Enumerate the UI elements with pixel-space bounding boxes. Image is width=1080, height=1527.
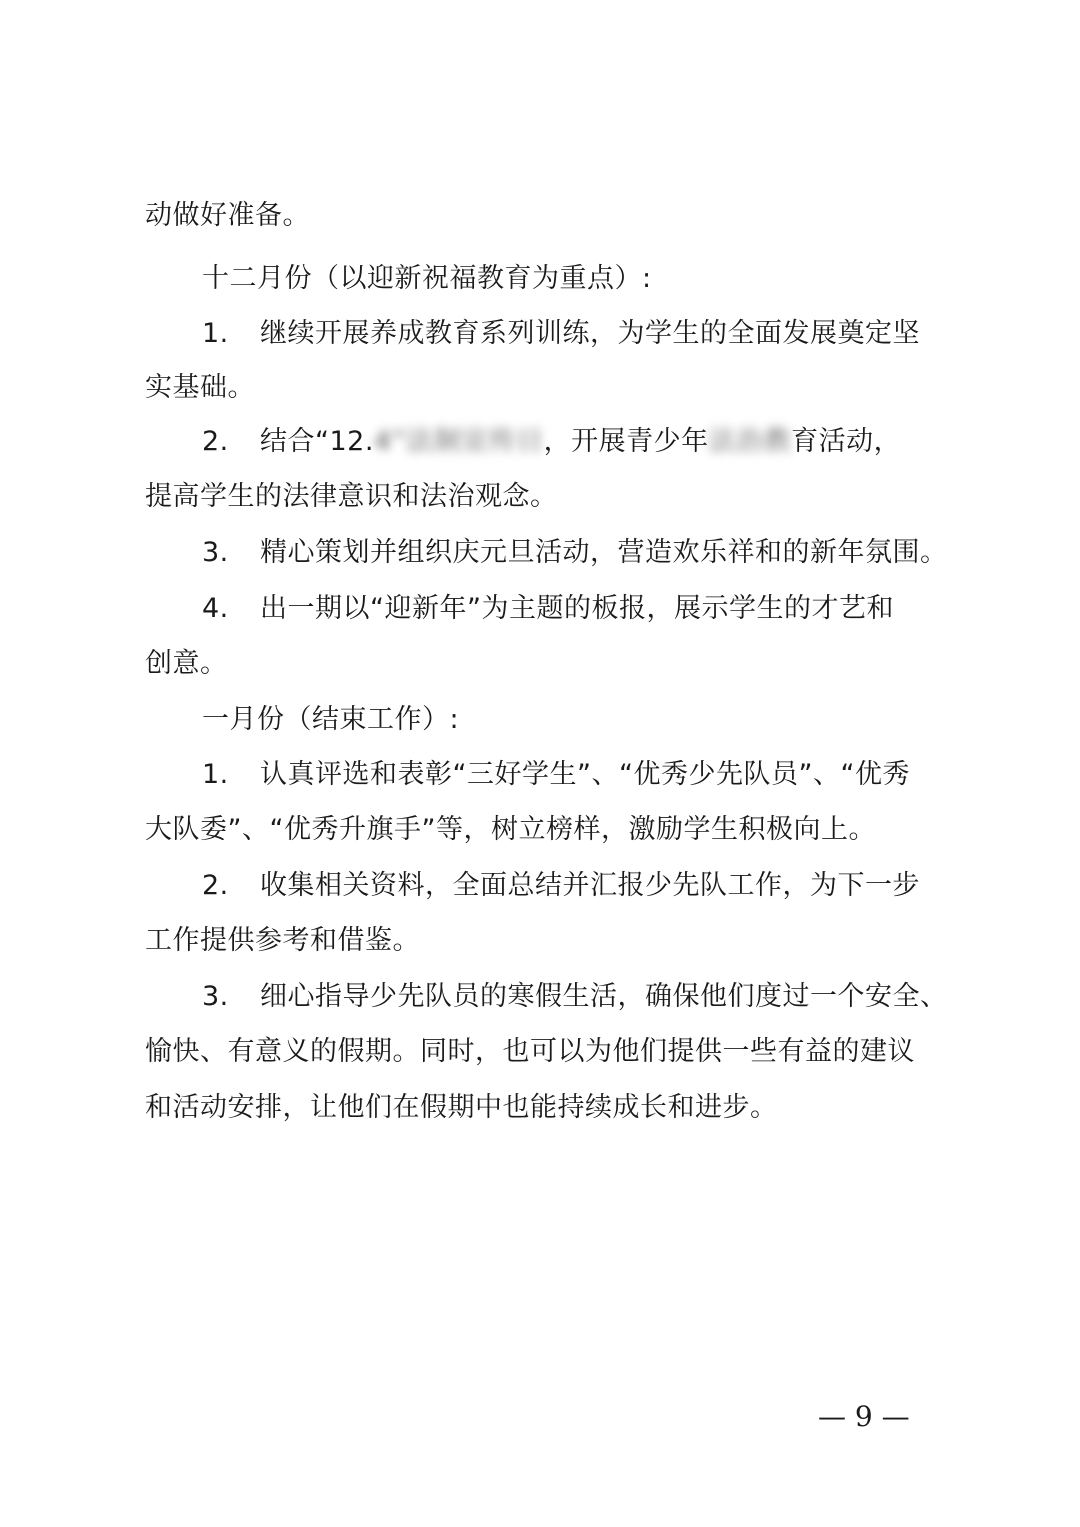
- line-text: 创意。: [145, 648, 228, 679]
- heading-text: 十二月份（以迎新祝福教育为重点）:: [202, 263, 652, 294]
- paragraph-line: 愉快、有意义的假期。同时，也可以为他们提供一些有益的建议: [145, 1032, 915, 1072]
- list-item-dec-3: 3.精心策划并组织庆元旦活动，营造欢乐祥和的新年氛围。: [202, 533, 948, 573]
- paragraph-line: 工作提供参考和借鉴。: [145, 921, 420, 961]
- list-item-dec-2: 2.结合“12.4”法制宣传日，开展青少年法治教育活动，: [202, 422, 901, 462]
- line-text: 精心策划并组织庆元旦活动，营造欢乐祥和的新年氛围。: [260, 537, 948, 568]
- page-number: — 9 —: [818, 1400, 910, 1433]
- line-text: 出一期以“迎新年”为主题的板报，展示学生的才艺和: [260, 593, 894, 624]
- list-number: 1.: [202, 755, 260, 795]
- list-number: 1.: [202, 314, 260, 354]
- list-number: 3.: [202, 533, 260, 573]
- list-number: 2.: [202, 422, 260, 462]
- list-number: 2.: [202, 866, 260, 906]
- line-text: 提高学生的法律意识和法治观念。: [145, 481, 558, 512]
- paragraph-line: 大队委”、“优秀升旗手”等，树立榜样，激励学生积极向上。: [145, 810, 876, 850]
- list-item-dec-1: 1.继续开展养成教育系列训练，为学生的全面发展奠定坚: [202, 314, 920, 354]
- line-text: 和活动安排，让他们在假期中也能持续成长和进步。: [145, 1092, 778, 1123]
- line-text: ，开展青少年: [544, 426, 709, 457]
- line-text: 育活动，: [791, 426, 901, 457]
- line-text: 收集相关资料，全面总结并汇报少先队工作，为下一步: [260, 870, 920, 901]
- line-text: 动做好准备。: [145, 200, 310, 231]
- list-item-jan-1: 1.认真评选和表彰“三好学生”、“优秀少先队员”、“优秀: [202, 755, 910, 795]
- line-text: 细心指导少先队员的寒假生活，确保他们度过一个安全、: [260, 981, 948, 1012]
- list-item-jan-3: 3.细心指导少先队员的寒假生活，确保他们度过一个安全、: [202, 977, 948, 1017]
- paragraph-line: 创意。: [145, 644, 228, 684]
- list-item-dec-4: 4.出一期以“迎新年”为主题的板报，展示学生的才艺和: [202, 589, 894, 629]
- line-text: 结合“12.: [260, 426, 374, 457]
- list-number: 4.: [202, 589, 260, 629]
- document-page: 动做好准备。 十二月份（以迎新祝福教育为重点）: 1.继续开展养成教育系列训练，…: [0, 0, 1080, 1527]
- line-text: 认真评选和表彰“三好学生”、“优秀少先队员”、“优秀: [260, 759, 910, 790]
- paragraph-line: 和活动安排，让他们在假期中也能持续成长和进步。: [145, 1088, 778, 1128]
- paragraph-line: 实基础。: [145, 368, 255, 408]
- list-number: 3.: [202, 977, 260, 1017]
- paragraph-line: 动做好准备。: [145, 196, 310, 236]
- paragraph-line: 提高学生的法律意识和法治观念。: [145, 477, 558, 517]
- line-text: 大队委”、“优秀升旗手”等，树立榜样，激励学生积极向上。: [145, 814, 876, 845]
- section-heading-january: 一月份（结束工作）:: [202, 700, 459, 740]
- line-text: 继续开展养成教育系列训练，为学生的全面发展奠定坚: [260, 318, 920, 349]
- section-heading-december: 十二月份（以迎新祝福教育为重点）:: [202, 259, 652, 299]
- line-text: 工作提供参考和借鉴。: [145, 925, 420, 956]
- line-text: 实基础。: [145, 372, 255, 403]
- heading-text: 一月份（结束工作）:: [202, 704, 459, 735]
- redacted-text: 4”法制宣传日: [374, 422, 544, 462]
- redacted-text: 法治教: [709, 422, 792, 462]
- list-item-jan-2: 2.收集相关资料，全面总结并汇报少先队工作，为下一步: [202, 866, 920, 906]
- line-text: 愉快、有意义的假期。同时，也可以为他们提供一些有益的建议: [145, 1036, 915, 1067]
